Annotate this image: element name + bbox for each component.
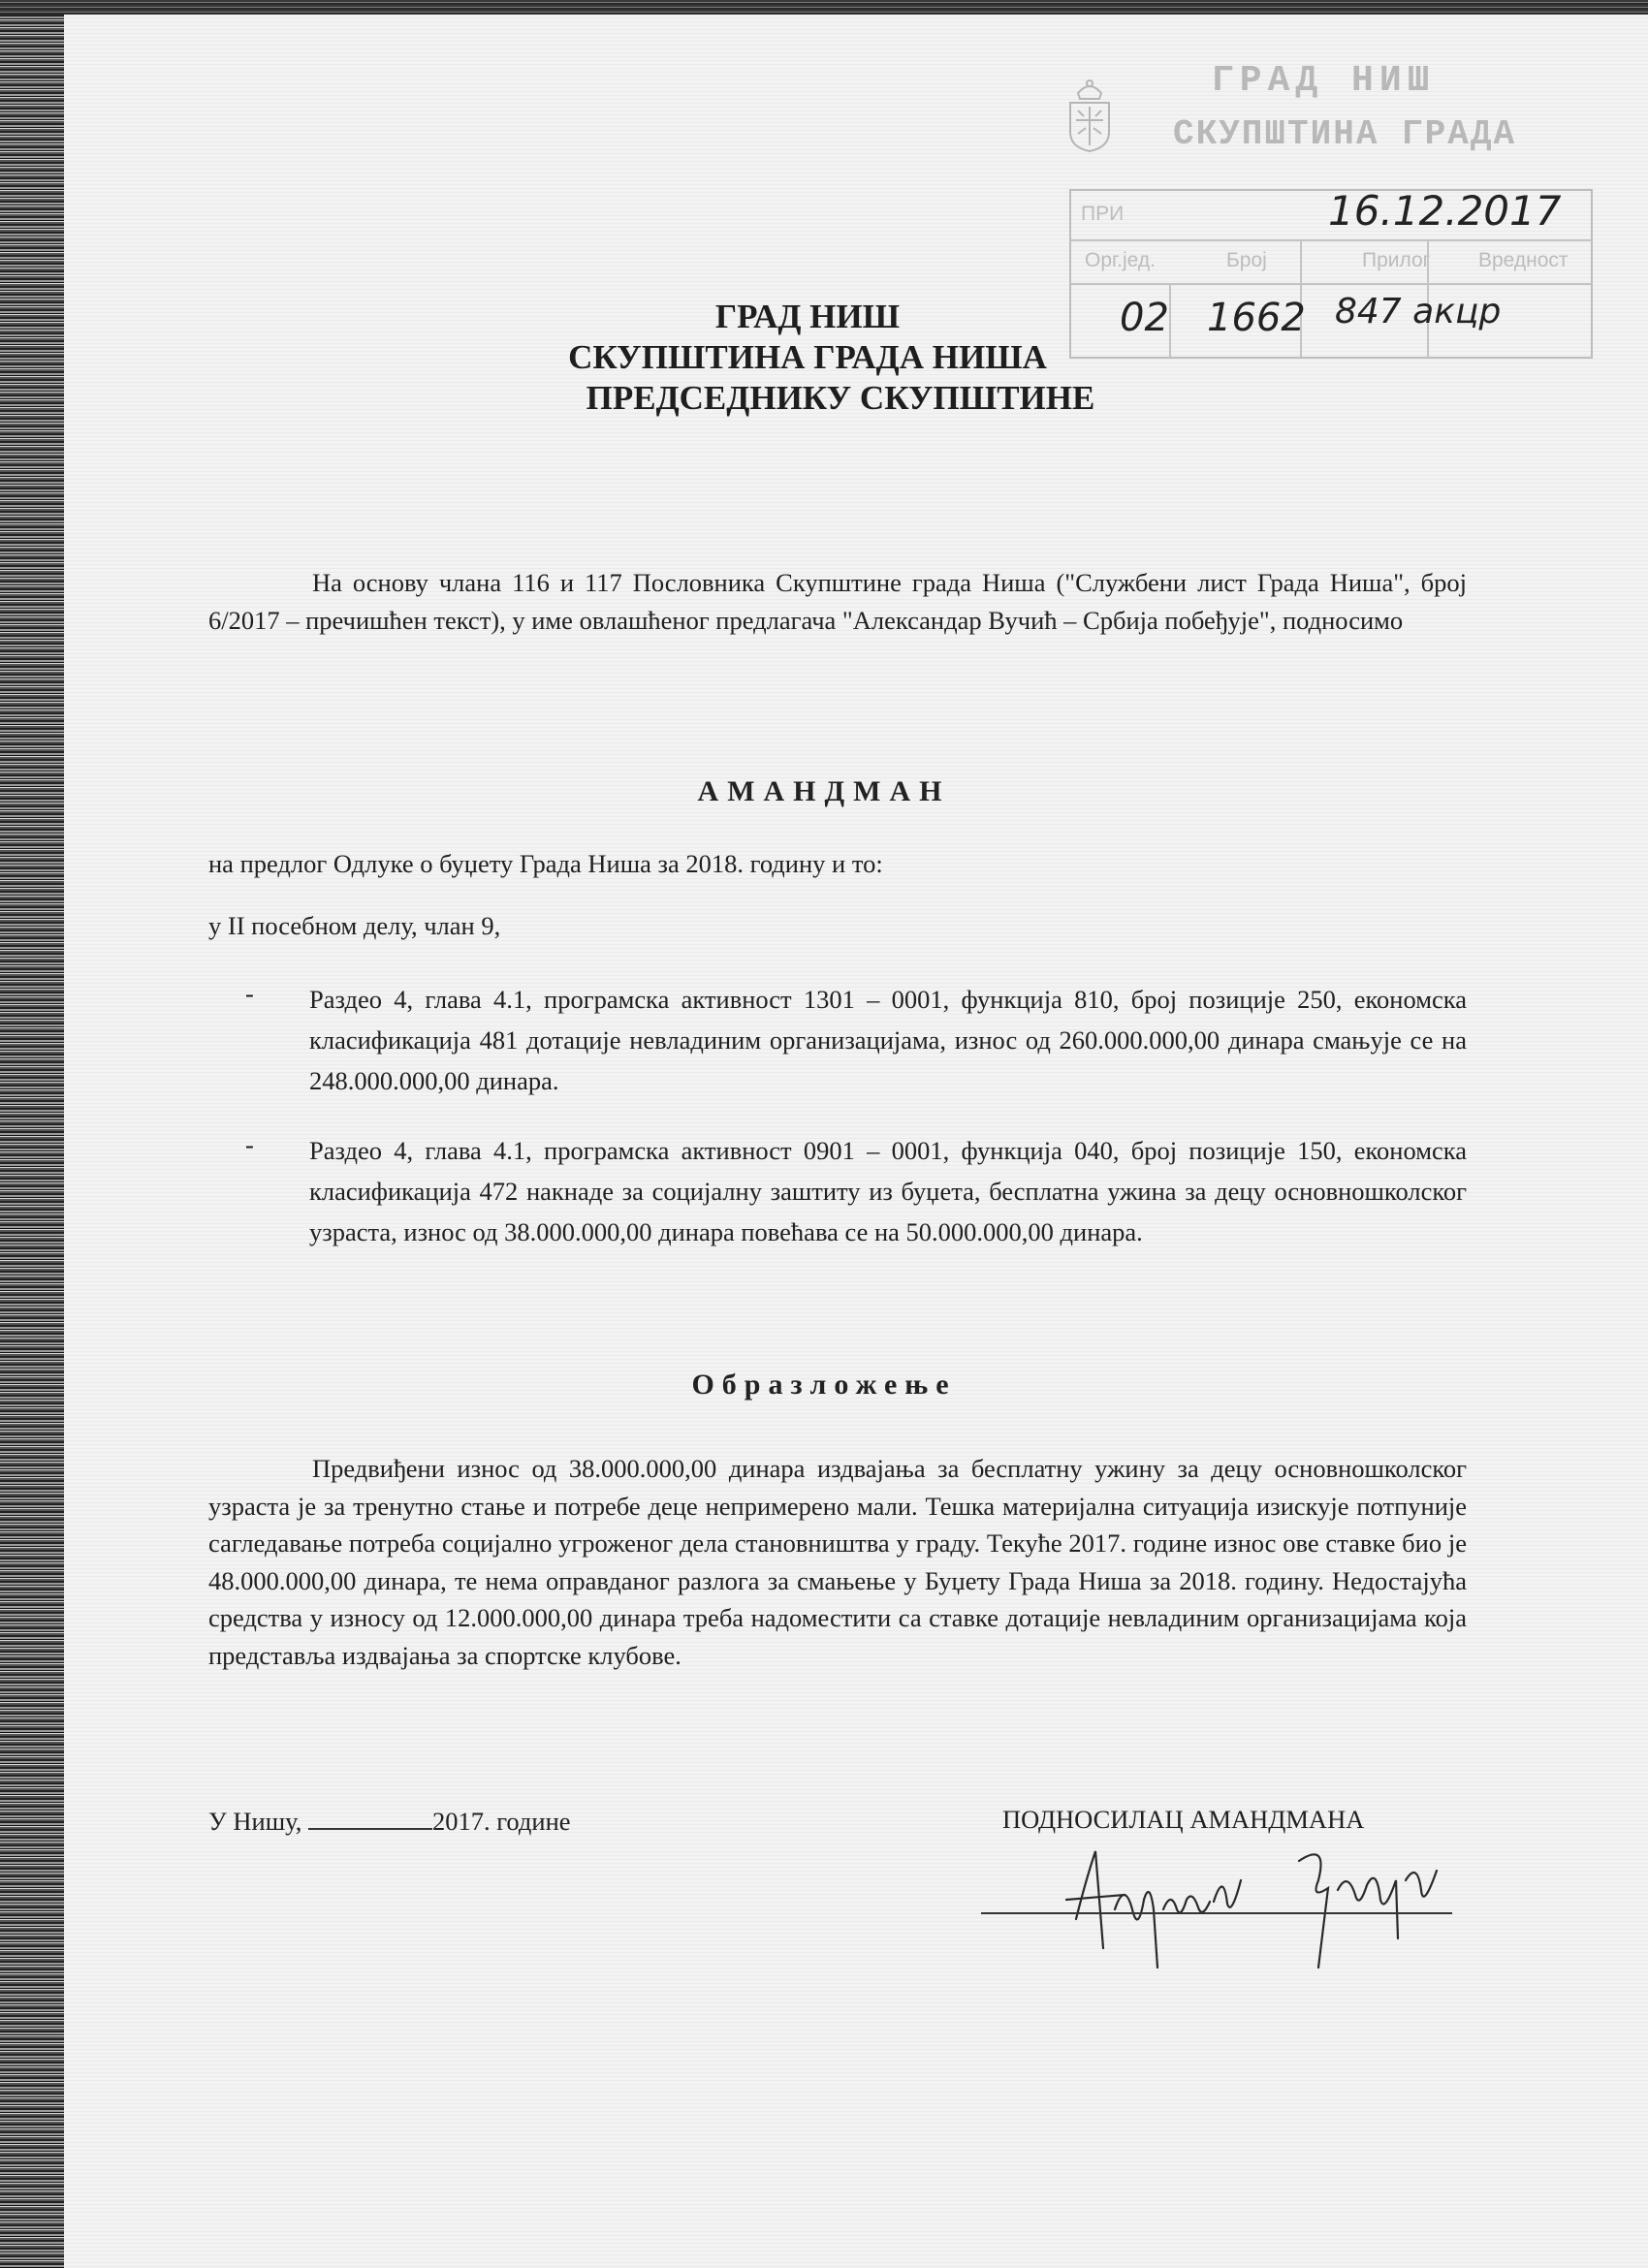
signature-icon	[1057, 1842, 1454, 1977]
stamp-col-number: Број	[1226, 249, 1267, 272]
signature-line	[981, 1912, 1452, 1914]
header-city: ГРАД НИШ	[0, 297, 1632, 337]
amendment-subtitle: на предлог Одлуке о буџету Града Ниша за…	[208, 849, 883, 879]
place-label: У Нишу,	[208, 1807, 301, 1836]
addressee-block: ГРАД НИШ СКУПШТИНА ГРАДА НИША ПРЕДСЕДНИК…	[0, 297, 1648, 419]
amendment-item-text: Раздео 4, глава 4.1, програмска активнос…	[309, 979, 1467, 1101]
intro-paragraph: На основу члана 116 и 117 Пословника Ску…	[208, 564, 1467, 640]
stamp-received-label: ПРИ	[1081, 203, 1124, 226]
amendment-item-text: Раздео 4, глава 4.1, програмска активнос…	[309, 1130, 1467, 1252]
explanation-paragraph: Предвиђени износ од 38.000.000,00 динара…	[208, 1450, 1467, 1674]
scan-border-top	[0, 0, 1648, 15]
stamp-issuer-line1: ГРАД НИШ	[1212, 60, 1435, 102]
stamp-col-attachment: Прилог	[1362, 249, 1430, 272]
signer-label: ПОДНОСИЛАЦ АМАНДМАНА	[1002, 1805, 1364, 1835]
amendment-section: у II посебном делу, члан 9,	[208, 911, 500, 941]
stamp-received-date: 16.12.2017	[1328, 187, 1561, 235]
year-label: 2017. године	[432, 1807, 571, 1836]
date-blank	[308, 1805, 432, 1830]
list-bullet: -	[245, 1130, 254, 1160]
stamp-issuer-line2: СКУПШТИНА ГРАДА	[1173, 114, 1516, 154]
stamp-col-org-unit: Орг.јед.	[1085, 249, 1156, 272]
place-date-line: У Нишу, 2017. године	[208, 1805, 571, 1837]
list-bullet: -	[245, 979, 254, 1009]
stamp-received-row: ПРИ 16.12.2017	[1071, 191, 1591, 241]
header-recipient: ПРЕДСЕДНИКУ СКУПШТИНЕ	[16, 378, 1648, 419]
explanation-title: Образложење	[0, 1369, 1648, 1402]
stamp-column-labels: Орг.јед. Број Прилог Вредност	[1071, 239, 1591, 285]
stamp-col-value: Вредност	[1478, 249, 1569, 272]
amendment-title: АМАНДМАН	[0, 775, 1648, 808]
coat-of-arms-icon	[1064, 76, 1115, 153]
header-assembly: СКУПШТИНА ГРАДА НИША	[0, 337, 1632, 378]
